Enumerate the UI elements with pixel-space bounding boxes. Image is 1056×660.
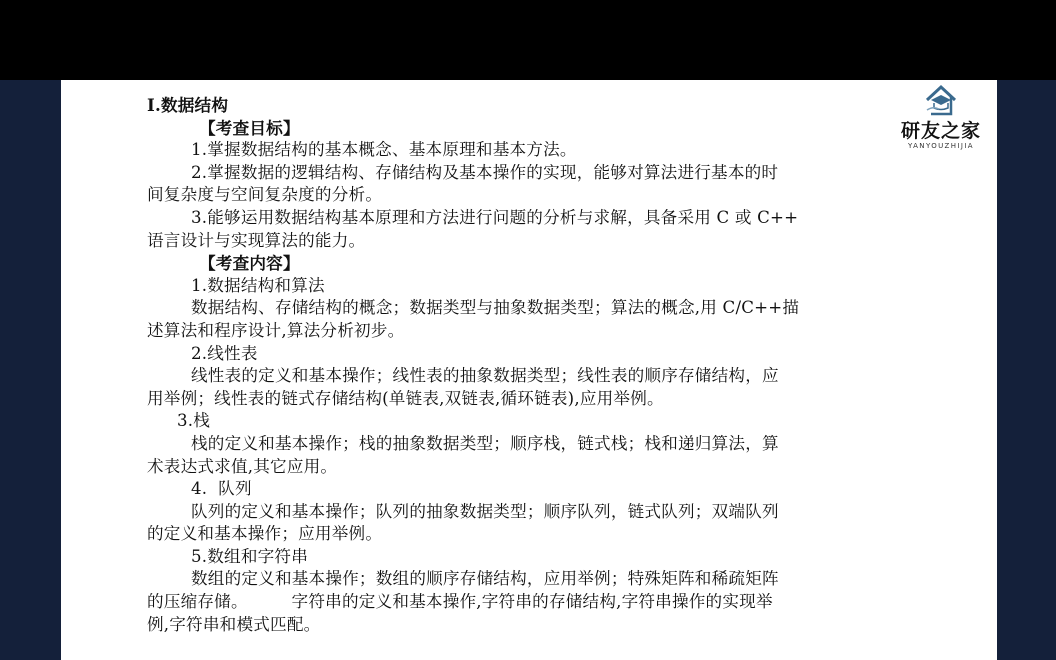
topic-line: 栈的定义和基本操作；栈的抽象数据类型；顺序栈，链式栈；栈和递归算法，算 xyxy=(147,433,927,456)
objectives-heading: 【考查目标】 xyxy=(147,117,927,140)
section-title: I.数据结构 xyxy=(147,94,927,117)
top-black-bar xyxy=(0,0,1056,80)
objective-line: 3.能够运用数据结构基本原理和方法进行问题的分析与求解，具备采用 C 或 C++ xyxy=(147,207,927,230)
objective-line: 2.掌握数据的逻辑结构、存储结构及基本操作的实现，能够对算法进行基本的时 xyxy=(147,162,927,185)
topic-title: 3.栈 xyxy=(147,410,927,433)
topic-line: 队列的定义和基本操作；队列的抽象数据类型；顺序队列，链式队列；双端队列 xyxy=(147,501,927,524)
topic-title: 4. 队列 xyxy=(147,478,927,501)
objective-line: 间复杂度与空间复杂度的分析。 xyxy=(147,184,927,207)
content-heading: 【考查内容】 xyxy=(147,252,927,275)
left-side-panel xyxy=(0,80,61,660)
topic-line: 的定义和基本操作；应用举例。 xyxy=(147,523,927,546)
topic-line: 数组的定义和基本操作；数组的顺序存储结构，应用举例；特殊矩阵和稀疏矩阵 xyxy=(147,568,927,591)
document-content: I.数据结构 【考查目标】 1.掌握数据结构的基本概念、基本原理和基本方法。 2… xyxy=(147,94,927,636)
objective-line: 语言设计与实现算法的能力。 xyxy=(147,230,927,253)
topic-line: 例,字符串和模式匹配。 xyxy=(147,614,927,637)
topic-line: 用举例；线性表的链式存储结构(单链表,双链表,循环链表),应用举例。 xyxy=(147,388,927,411)
topic-line: 的压缩存储。 字符串的定义和基本操作,字符串的存储结构,字符串操作的实现举 xyxy=(147,591,927,614)
topic-line: 线性表的定义和基本操作；线性表的抽象数据类型；线性表的顺序存储结构，应 xyxy=(147,365,927,388)
topic-title: 1.数据结构和算法 xyxy=(147,275,927,298)
topic-line: 述算法和程序设计,算法分析初步。 xyxy=(147,320,927,343)
topic-line: 术表达式求值,其它应用。 xyxy=(147,456,927,479)
objective-line: 1.掌握数据结构的基本概念、基本原理和基本方法。 xyxy=(147,139,927,162)
topic-title: 5.数组和字符串 xyxy=(147,546,927,569)
document-page: 研友之家 YANYOUZHIJIA I.数据结构 【考查目标】 1.掌握数据结构… xyxy=(61,80,997,660)
right-side-panel xyxy=(997,80,1056,660)
topic-line: 数据结构、存储结构的概念；数据类型与抽象数据类型；算法的概念,用 C/C++描 xyxy=(147,297,927,320)
topic-title: 2.线性表 xyxy=(147,343,927,366)
